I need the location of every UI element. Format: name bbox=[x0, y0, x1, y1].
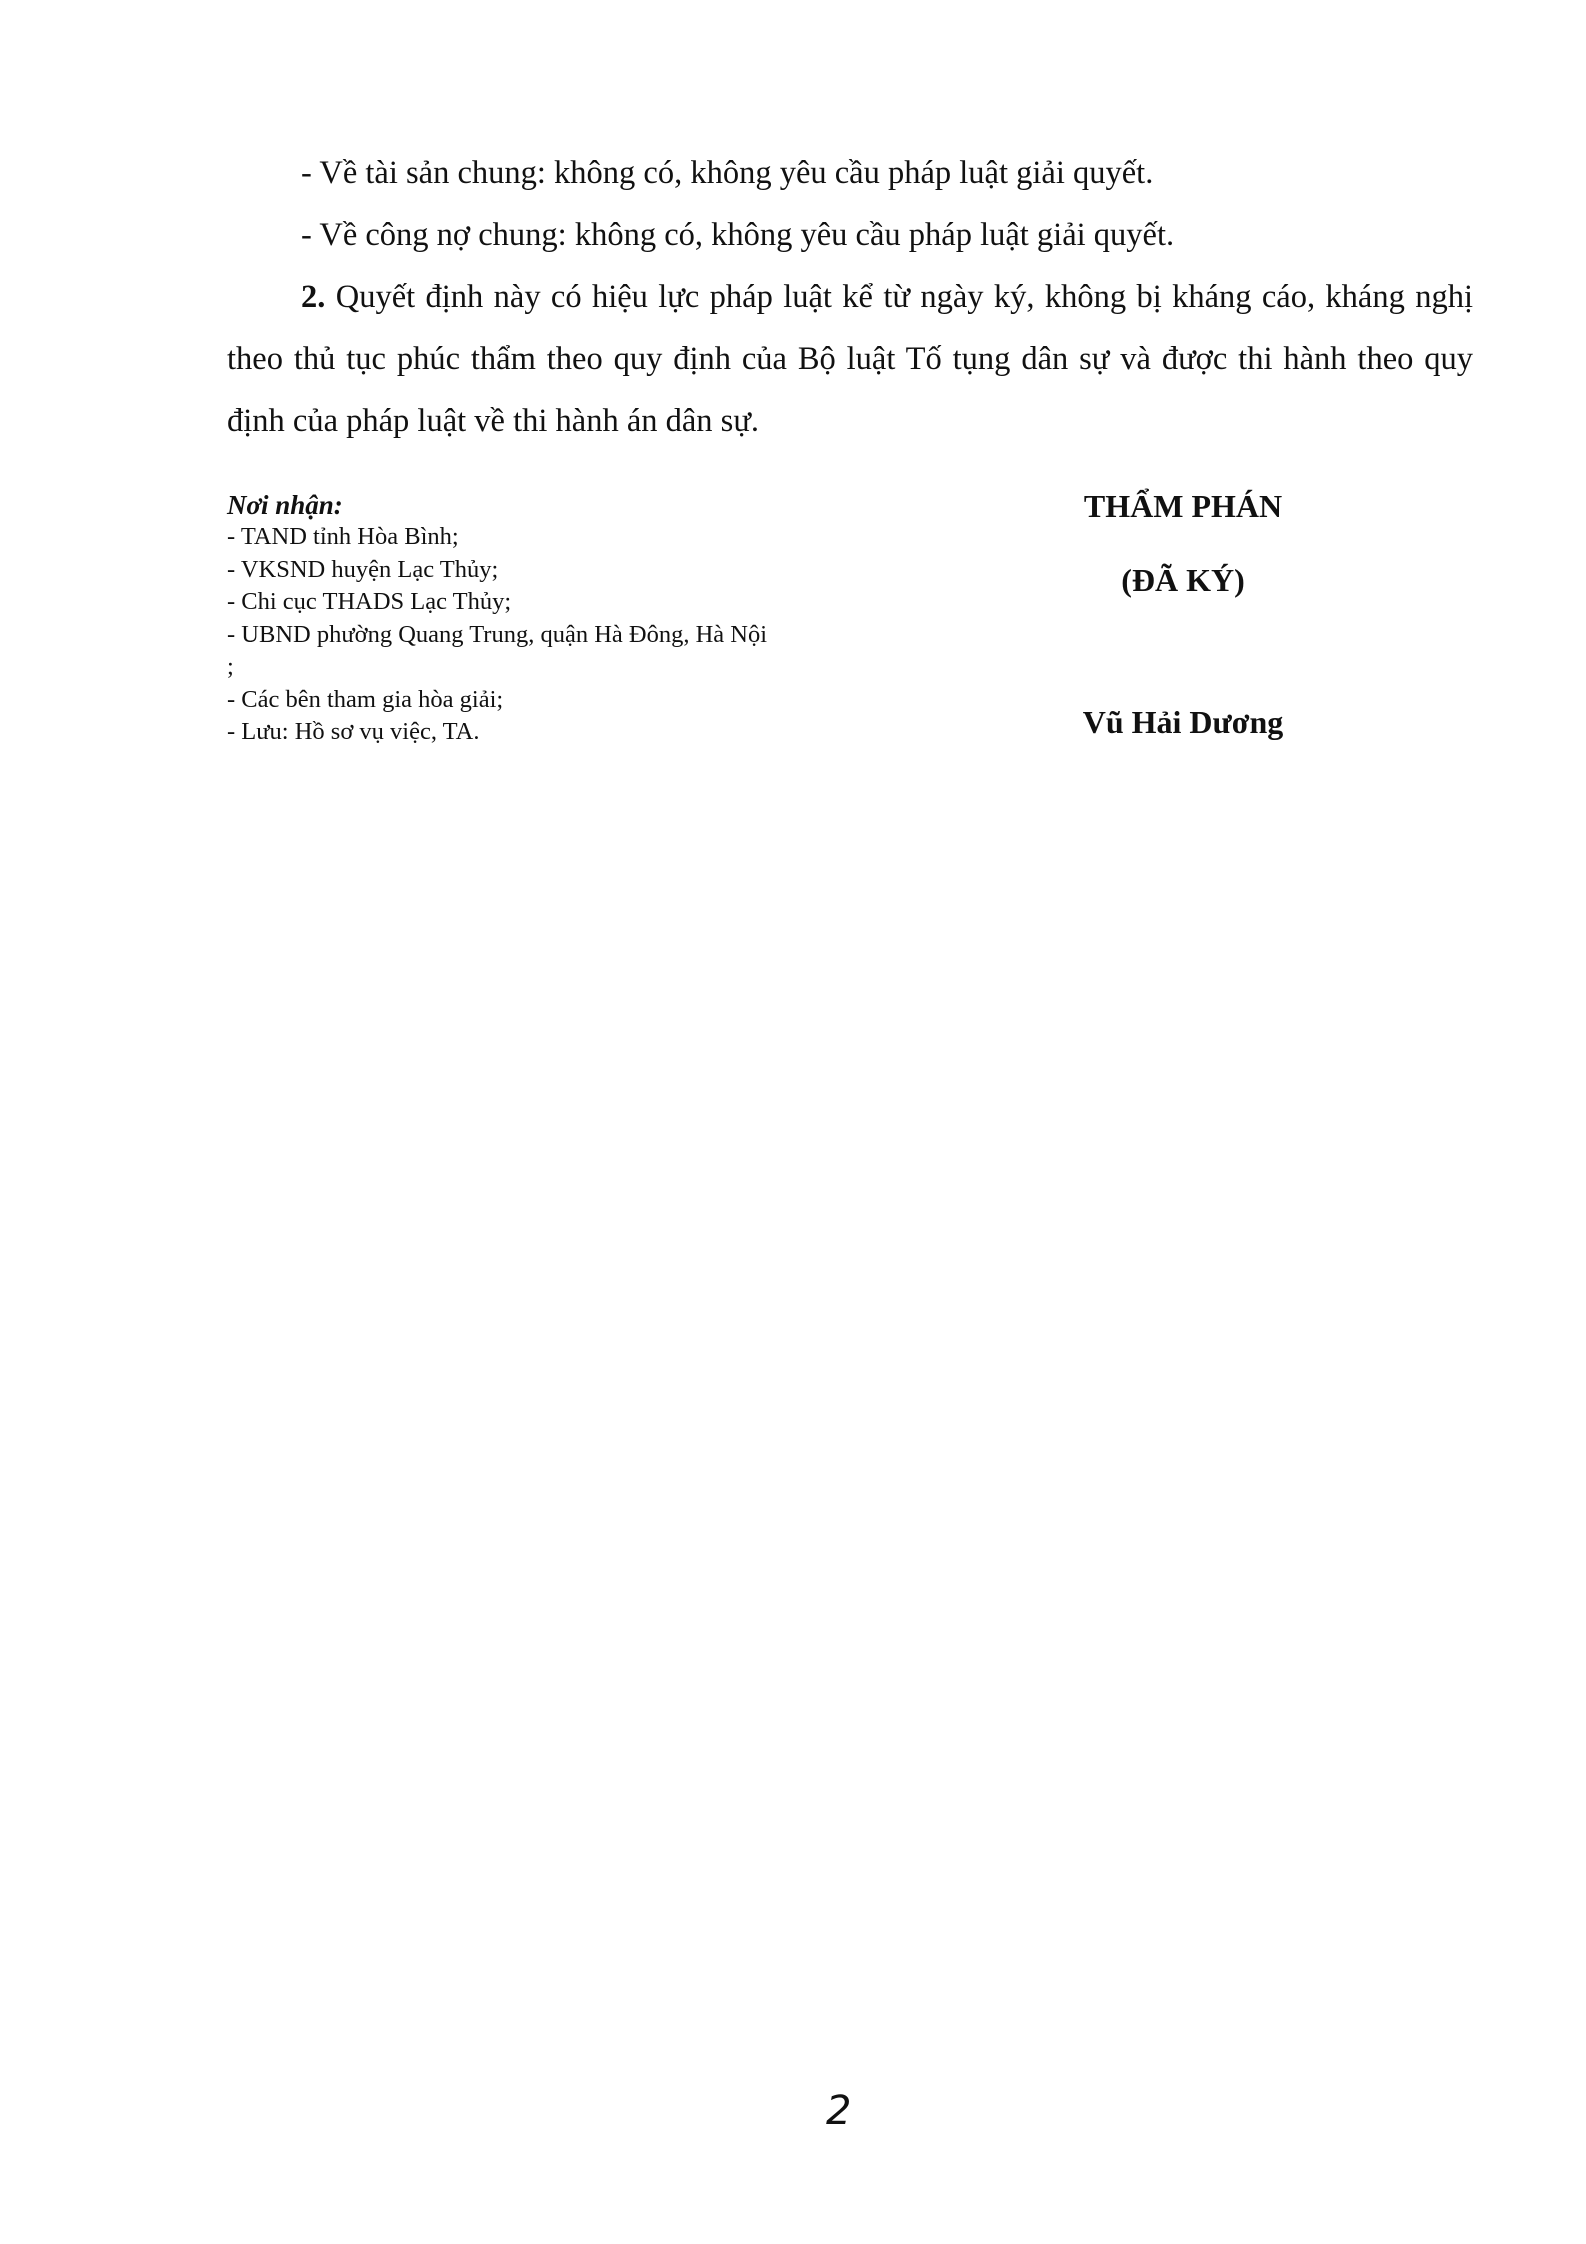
recipient-item: ; bbox=[227, 651, 927, 684]
clause-text: Quyết định này có hiệu lực pháp luật kể … bbox=[227, 279, 1473, 439]
recipient-item: - Chi cục THADS Lạc Thủy; bbox=[227, 586, 927, 619]
recipients-block: Nơi nhận: - TAND tỉnh Hòa Bình; - VKSND … bbox=[227, 489, 927, 749]
signature-status: (ĐÃ KÝ) bbox=[1000, 562, 1366, 599]
recipient-item: - TAND tỉnh Hòa Bình; bbox=[227, 521, 927, 554]
clause-number: 2. bbox=[301, 279, 325, 315]
paragraph-effectiveness: 2. Quyết định này có hiệu lực pháp luật … bbox=[227, 266, 1473, 452]
recipient-item: - UBND phường Quang Trung, quận Hà Đông,… bbox=[227, 619, 927, 652]
recipients-heading: Nơi nhận: bbox=[227, 489, 927, 521]
recipient-item: - Lưu: Hồ sơ vụ việc, TA. bbox=[227, 716, 927, 749]
signature-title: THẨM PHÁN bbox=[1000, 488, 1366, 525]
signer-name: Vũ Hải Dương bbox=[1000, 704, 1366, 741]
page-number: 2 bbox=[826, 2088, 851, 2134]
paragraph-common-assets: - Về tài sản chung: không có, không yêu … bbox=[227, 142, 1473, 204]
recipient-item: - VKSND huyện Lạc Thủy; bbox=[227, 554, 927, 587]
recipient-item: - Các bên tham gia hòa giải; bbox=[227, 684, 927, 717]
paragraph-common-debts: - Về công nợ chung: không có, không yêu … bbox=[227, 204, 1473, 266]
